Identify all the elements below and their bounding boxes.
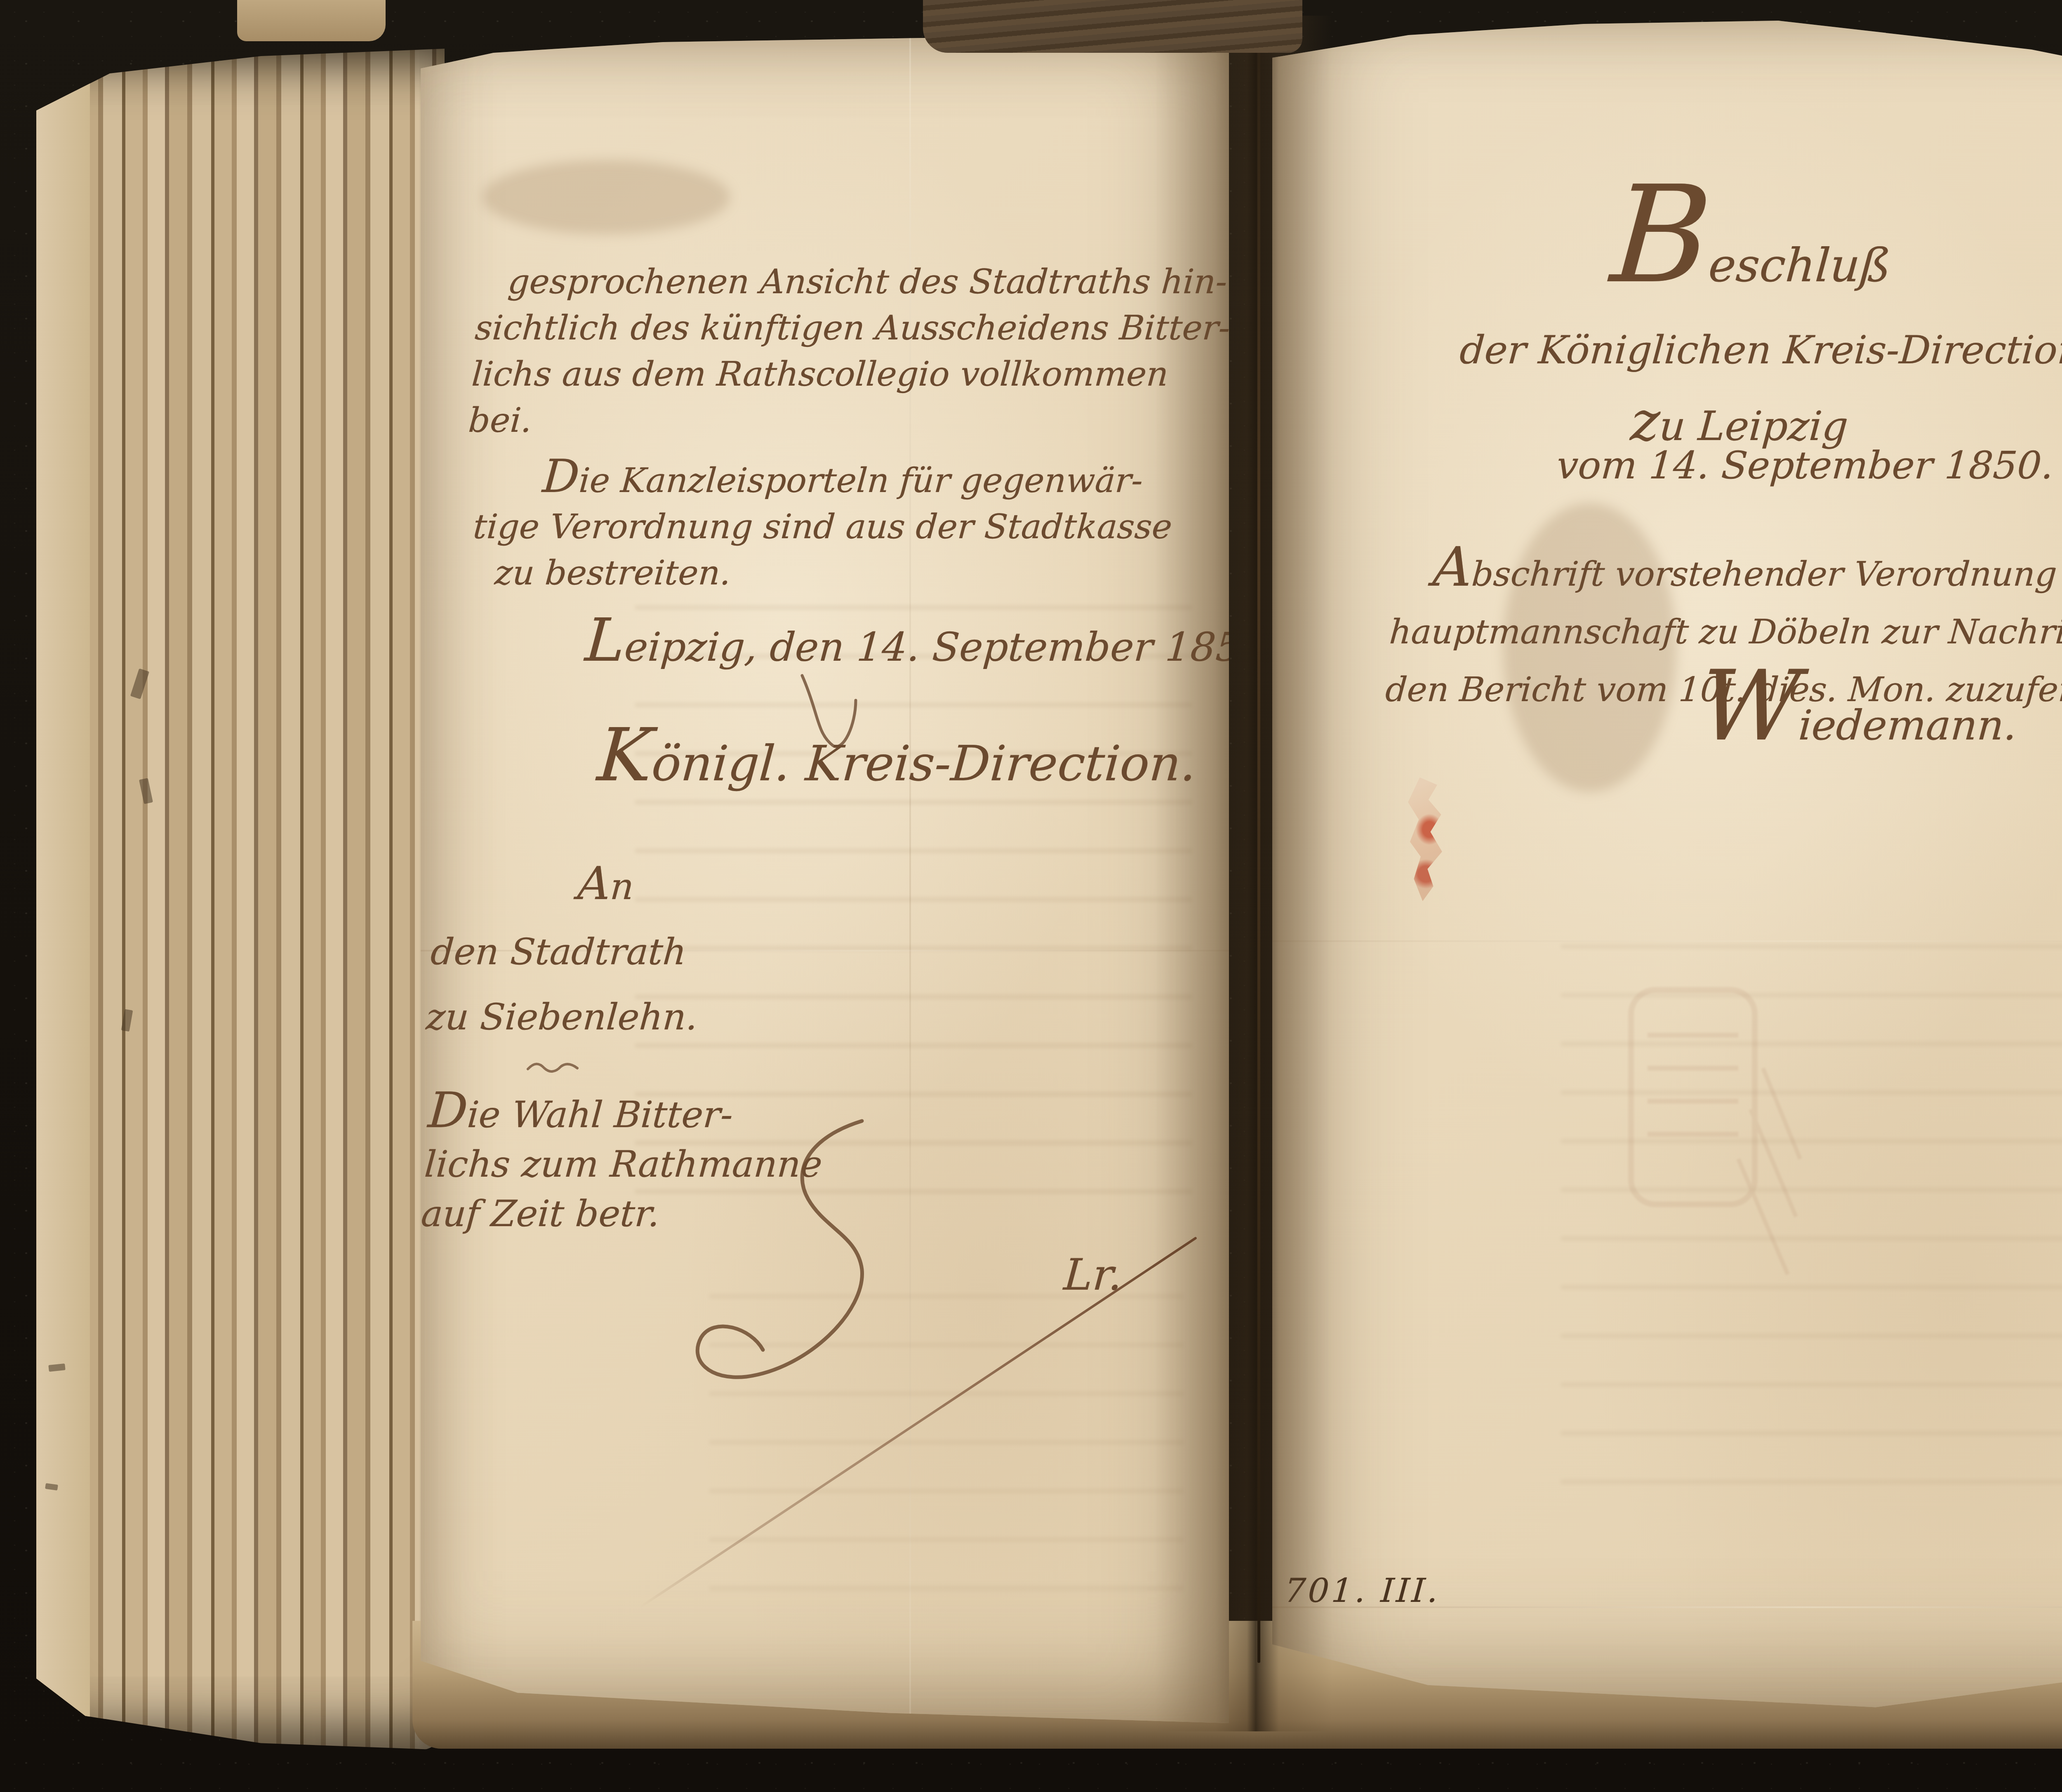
- handwritten-line: sichtlich des künftigen Ausscheidens Bit…: [473, 305, 1231, 351]
- left-paragraph-1: gesprochenen Ansicht des Stadtraths hin-…: [467, 259, 1235, 444]
- ghost-stamp: [1623, 986, 1808, 1295]
- handwritten-line: Die Kanzleisporteln für gegenwär-: [541, 454, 1177, 504]
- handwritten-line: bei.: [467, 398, 1225, 444]
- address-block: An den Stadtrath zu Siebenlehn.: [424, 851, 709, 1050]
- handwritten-line: lichs aus dem Rathscollegio vollkommen: [470, 351, 1228, 398]
- top-paper-fragment: [237, 0, 386, 41]
- edge-ink-mark: [130, 669, 149, 699]
- address-line: den Stadtrath: [428, 919, 704, 984]
- paper-smudge: [483, 160, 730, 234]
- left-fore-edge-stack: [36, 49, 445, 1750]
- dateline: Leipzig, den 14. September 1850.: [583, 605, 1282, 675]
- left-page: gesprochenen Ansicht des Stadtraths hin-…: [421, 36, 1229, 1723]
- footer-mark: 701. III.: [1283, 1571, 1442, 1610]
- heading-line: vom 14. September 1850.: [1555, 443, 2055, 487]
- heading-title: Beschluß: [1608, 235, 1893, 292]
- paraph-flourish: [685, 1113, 891, 1393]
- handwritten-line: tige Verordnung sind aus der Stadtkasse: [472, 504, 1174, 550]
- separator-squiggle: [526, 1059, 579, 1074]
- manuscript-book-photo: gesprochenen Ansicht des Stadtraths hin-…: [0, 0, 2062, 1792]
- address-line: An: [575, 851, 709, 919]
- issuer-line: Königl. Kreis-Direction.: [595, 713, 1200, 798]
- handwritten-line: Abschrift vorstehender Verordnung der Am…: [1431, 538, 2062, 603]
- right-page: 176. Beschluß der Königlichen Kreis-Dire…: [1272, 16, 2062, 1716]
- corner-mark: Lr.: [1062, 1250, 1124, 1300]
- address-line: zu Siebenlehn.: [424, 984, 700, 1050]
- outer-leaf-edge: [36, 49, 90, 1750]
- edge-ink-mark: [139, 778, 153, 804]
- edge-ink-mark: [121, 1009, 133, 1032]
- handwritten-line: gesprochenen Ansicht des Stadtraths hin-: [506, 259, 1235, 305]
- handwritten-line: zu bestreiten.: [493, 550, 1170, 596]
- wax-seal-stain: [1399, 777, 1448, 901]
- left-paragraph-2: Die Kanzleisporteln für gegenwär- tige V…: [468, 454, 1177, 596]
- signature: Wiedemann.: [1697, 701, 2019, 749]
- horizontal-fold-crease: [1272, 940, 2062, 942]
- top-leather-fragment: [923, 0, 1302, 53]
- heading-line: der Königlichen Kreis-Direction: [1458, 328, 2062, 373]
